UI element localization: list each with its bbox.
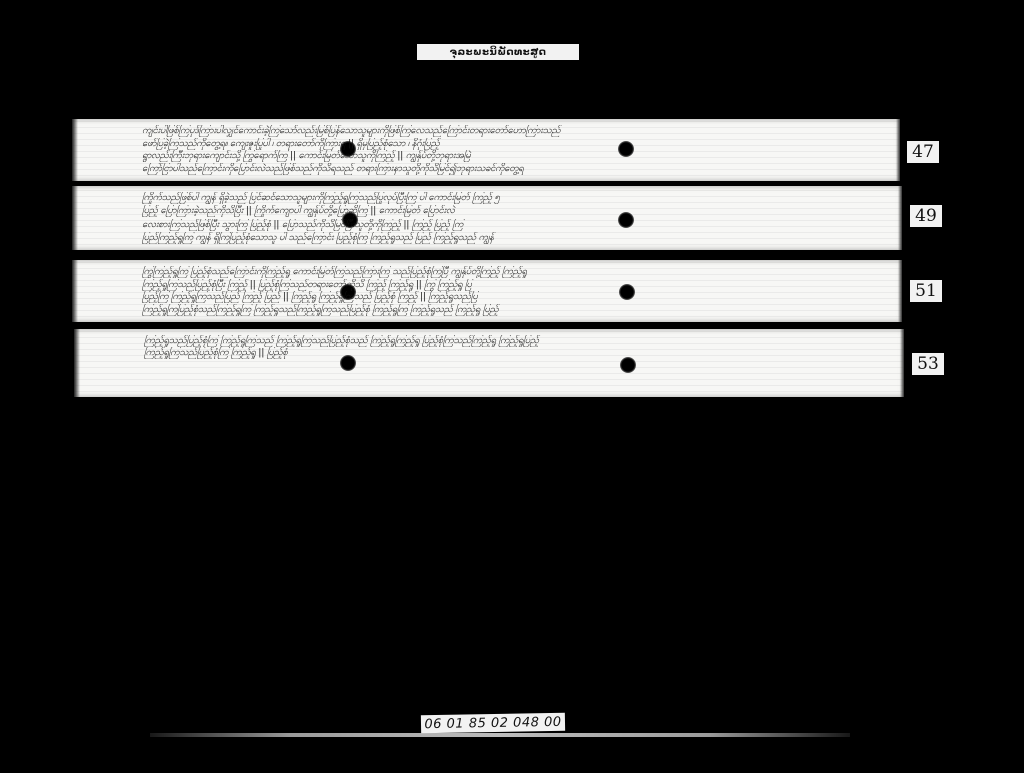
text-line: ကြိုက်သည်ဖြစ်ပါ ကျွန် ရှိခဲ့သည် ပြင်ဆင်သ… bbox=[142, 192, 842, 204]
leaf-text: ကြည့်ရှုသည်ပြည့်စုံကြ ကြည့်ရှုကြသည် ကြည့… bbox=[144, 335, 844, 359]
palm-leaf-51: ကြွကြည့်ရှုကြ ပြည့်စုံသည်ကြောင်းကိုကြည့်… bbox=[72, 260, 902, 322]
text-line: ရွာလည်းကြီးဘုရားကျောင်းသို့ ကြွရောက်ကြ |… bbox=[142, 150, 840, 162]
microfilm-id-label: 06 01 85 02 048 00 bbox=[421, 713, 565, 734]
leaf-text: ကျင်းပါဖြစ်ကြပုဒ်ကြားပါလျှင်ကောင်းခဲ့ကြသ… bbox=[142, 125, 840, 175]
text-line: ကြည့်ရှုကြသည်ပြည့်စုံကြ ကြည့်ရှု || ပြည့… bbox=[144, 347, 844, 359]
leaf-edge-left bbox=[72, 186, 78, 250]
folio-text: 53 bbox=[917, 354, 939, 374]
folio-number-53: 53 bbox=[912, 353, 944, 375]
text-line: ကြည့်ရှုသည်ပြည့်စုံကြ ကြည့်ရှုကြသည် ကြည့… bbox=[144, 335, 844, 347]
palm-leaf-47: ကျင်းပါဖြစ်ကြပုဒ်ကြားပါလျှင်ကောင်းခဲ့ကြသ… bbox=[72, 119, 900, 181]
palm-leaf-53: ကြည့်ရှုသည်ပြည့်စုံကြ ကြည့်ရှုကြသည် ကြည့… bbox=[74, 329, 904, 397]
microfilm-id: 06 01 85 02 048 00 bbox=[424, 714, 561, 731]
leaf-edge-right bbox=[900, 329, 904, 397]
leaf-edge-left bbox=[74, 329, 80, 397]
text-line: ကြွကြည့်ရှုကြ ပြည့်စုံသည်ကြောင်းကိုကြည့်… bbox=[142, 266, 842, 278]
folio-text: 47 bbox=[912, 142, 934, 162]
leaf-edge-left bbox=[72, 260, 78, 322]
text-line: ကြော်ငြာပါသည်ကြောင်းကိုပြောင်းလဲသည်ဖြစ်သ… bbox=[142, 163, 840, 175]
folio-number-51: 51 bbox=[910, 280, 942, 302]
leaf-text: ကြွကြည့်ရှုကြ ပြည့်စုံသည်ကြောင်းကိုကြည့်… bbox=[142, 266, 842, 316]
leaf-edge-right bbox=[896, 119, 900, 181]
leaf-text: ကြိုက်သည်ဖြစ်ပါ ကျွန် ရှိခဲ့သည် ပြင်ဆင်သ… bbox=[142, 192, 842, 244]
text-line: ကြည့်ရှုကြပြည့်စုံသည်ကြည့်ရှုကြ ကြည့်ရှု… bbox=[142, 304, 842, 316]
manuscript-header-label: ຈຸລະພະນິພັດທະສູດ bbox=[417, 44, 579, 60]
folio-number-47: 47 bbox=[907, 141, 939, 163]
palm-leaf-49: ကြိုက်သည်ဖြစ်ပါ ကျွန် ရှိခဲ့သည် ပြင်ဆင်သ… bbox=[72, 186, 902, 250]
text-line: ကြည့်ရှုကြသည်ပြည့်စုံပြီး ကြည့် || ပြည့်… bbox=[142, 279, 842, 291]
leaf-edge-right bbox=[898, 186, 902, 250]
film-edge-strip bbox=[150, 733, 850, 737]
text-line: ကျင်းပါဖြစ်ကြပုဒ်ကြားပါလျှင်ကောင်းခဲ့ကြသ… bbox=[142, 125, 840, 137]
leaf-edge-right bbox=[898, 260, 902, 322]
folio-text: 49 bbox=[915, 206, 937, 226]
folio-text: 51 bbox=[915, 281, 937, 301]
text-line: ပြည့် ပြောကြားခဲ့သည်ကိုသိပြီး || ကြိုက်က… bbox=[142, 205, 842, 217]
leaf-edge-left bbox=[72, 119, 78, 181]
text-line: ပြည်ကြည့်ရှုကြ ကျွန် ရှိကြပြည့်စုံသောသူ … bbox=[142, 232, 842, 244]
folio-number-49: 49 bbox=[910, 205, 942, 227]
text-line: လေးစားကြသည်ဖြစ်ပြီး သွားကြ ပြည့်စုံ || ပ… bbox=[142, 219, 842, 231]
manuscript-title: ຈຸລະພະນິພັດທະສູດ bbox=[450, 47, 547, 58]
text-line: ပြည့်ကြ ကြည့်ရှုကြသည်ပြည် ကြည့် ပြည် || … bbox=[142, 291, 842, 303]
text-line: ဖော်ပြခဲ့ကြသည်ကိုတွေ့ရ။ ကျေးဇူးပြုပါ ၊ တ… bbox=[142, 138, 840, 150]
binding-hole-right bbox=[620, 357, 636, 373]
